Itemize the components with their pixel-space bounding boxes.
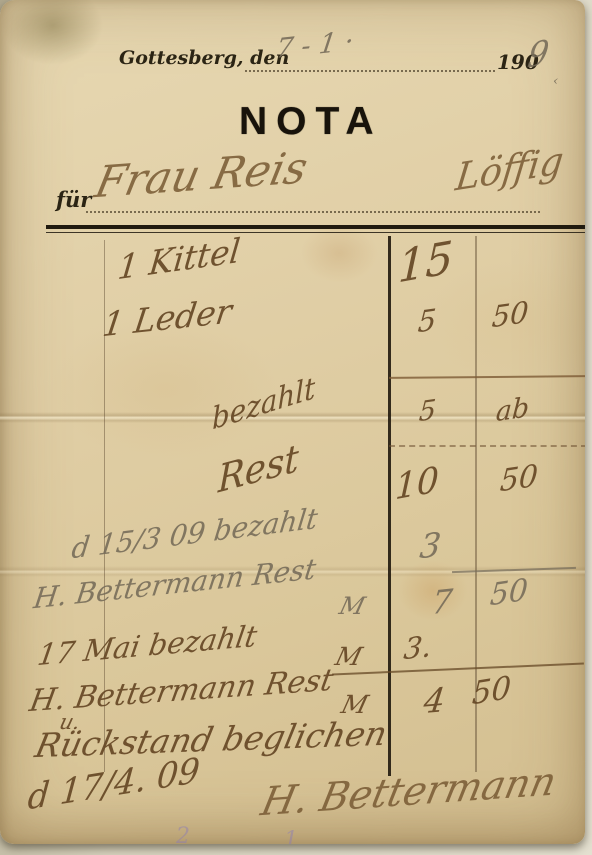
recipient-handwritten: Frau Reis — [91, 143, 312, 209]
ink-note-line2-mark: 4 — [422, 680, 448, 721]
table-vertical-thick — [388, 236, 391, 776]
photo-background: Gottesberg, den 7 - 1 · 190 9 ‹ NOTA für… — [0, 0, 592, 855]
pencil-note-line2-pfennig: 50 — [489, 572, 529, 613]
date-handwritten: 7 - 1 · — [274, 26, 356, 66]
place-date-label: Gottesberg, den — [119, 47, 289, 69]
ink-note-line1-mark: 3. — [402, 629, 433, 666]
row-amount-mark: 10 — [394, 460, 439, 509]
ink-note-line2-pfennig: 50 — [471, 669, 512, 712]
document-title: NOTA — [239, 100, 383, 144]
pencil-note-line1-amount: 3 — [418, 524, 443, 566]
row-item: 1 Leder — [100, 291, 234, 344]
ink-note-line1-currency: M — [332, 642, 365, 671]
year-tick-mark: ‹ — [553, 74, 558, 89]
bleedthrough-mark: 1 — [284, 828, 298, 844]
row-amount-pfennig: 50 — [499, 458, 539, 499]
pencil-note-line2-currency: M — [337, 592, 369, 620]
row-item: 1 Kittel — [116, 230, 242, 287]
bleedthrough-mark: 2 — [176, 824, 190, 844]
row-item: bezahlt — [212, 370, 316, 437]
header-rule-thick — [46, 225, 585, 229]
recipient-extra-handwritten: Löffig — [453, 138, 566, 199]
ink-note-line3: Rückstand beglichen — [32, 714, 391, 766]
date-dotted-line — [245, 70, 495, 72]
ink-note-line1: 17 Mai bezahlt — [35, 619, 259, 673]
year-handwritten: 9 — [525, 32, 551, 76]
row-amount-mark: 5 — [418, 394, 437, 428]
pencil-note-line2-mark: 7 — [430, 582, 454, 623]
row-amount-pfennig: ab — [495, 392, 530, 428]
row-amount-mark: 15 — [397, 232, 454, 294]
nota-card: Gottesberg, den 7 - 1 · 190 9 ‹ NOTA für… — [0, 0, 585, 844]
for-label: für — [56, 187, 91, 212]
signature: H. Bettermann — [257, 759, 560, 825]
amount-rule-brown — [389, 375, 585, 379]
row-amount-pfennig: 50 — [491, 295, 530, 335]
ink-strike-line — [332, 663, 584, 676]
for-dotted-line — [86, 211, 540, 213]
row-item: Rest — [218, 435, 300, 501]
header-rule-thin — [46, 232, 585, 233]
amount-rule-dashed — [389, 445, 585, 447]
row-amount-mark: 5 — [417, 302, 438, 339]
